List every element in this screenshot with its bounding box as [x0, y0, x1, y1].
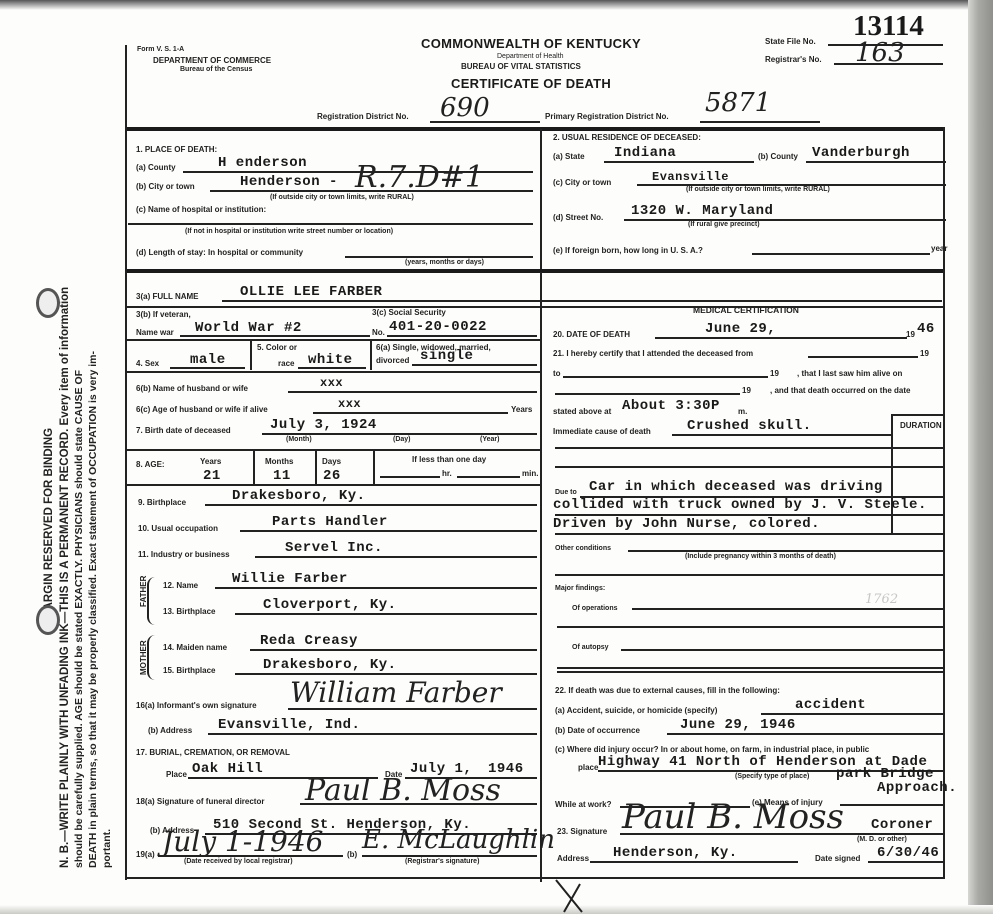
age-days-label: Days [322, 457, 341, 466]
occupation-value: Parts Handler [272, 514, 388, 530]
to-year: 19 [770, 369, 779, 378]
stay-line [345, 256, 533, 258]
registrar-no-value: 163 [855, 38, 905, 68]
stated-above-label: stated above at [553, 407, 611, 416]
operations-label: Of operations [572, 605, 618, 612]
scan-edge-right [968, 0, 993, 914]
spouse-value: xxx [320, 376, 343, 390]
sex-race-divider [250, 340, 252, 370]
other-conditions-line-2 [555, 574, 943, 576]
top-section-divider [540, 129, 542, 271]
rule-before-age [127, 449, 540, 451]
primary-district-value: 5871 [705, 88, 771, 118]
signer-address-value: Henderson, Ky. [613, 845, 738, 861]
spouse-line [288, 391, 537, 393]
spouse-age-value: xxx [338, 397, 361, 411]
spouse-label: 6(b) Name of husband or wife [136, 384, 248, 393]
reg-district-value: 690 [440, 93, 490, 123]
autopsy-line-2 [557, 667, 943, 669]
age-divider-3 [373, 450, 375, 485]
residence-city-note: (If outside city or town limits, write R… [686, 186, 830, 193]
to-label: to [553, 369, 561, 378]
margin-instruction-line-1: N. B.—WRITE PLAINLY WITH UNFADING INK—TH… [58, 287, 72, 868]
other-conditions-line [628, 550, 943, 552]
due-to-line-3-value: Driven by John Nurse, colored. [553, 516, 820, 532]
received-note: (Date received by local registrar) [184, 858, 293, 865]
cause-line-2 [555, 447, 943, 449]
full-name-line [222, 300, 942, 302]
funeral-director-label: 18(a) Signature of funeral director [136, 797, 264, 806]
age-months-label: Months [265, 457, 293, 466]
industry-line [255, 556, 537, 558]
immediate-cause-value: Crushed skull. [687, 418, 812, 434]
residence-state-value: Indiana [614, 145, 676, 161]
birth-date-value: July 3, 1924 [270, 417, 377, 433]
industry-value: Servel Inc. [285, 540, 383, 556]
father-name-line [215, 587, 537, 589]
duration-top-line [891, 414, 943, 416]
due-to-line-3 [555, 533, 943, 535]
dod-label: 20. DATE OF DEATH [553, 330, 630, 339]
rule-after-age [127, 484, 540, 486]
race-label-2: race [278, 359, 294, 368]
stay-note: (years, months or days) [405, 259, 484, 266]
street-label: (d) Street No. [553, 213, 603, 222]
mother-birthplace-label: 15. Birthplace [163, 666, 215, 675]
veteran-label: 3(b) If veteran, [136, 310, 191, 319]
war-label: Name war [136, 328, 174, 337]
date-signed-value: 6/30/46 [877, 845, 939, 861]
external-causes-heading: 22. If death was due to external causes,… [555, 686, 780, 695]
residence-city-value: Evansville [652, 170, 729, 184]
primary-district-line [700, 121, 820, 123]
ss-value: 401-20-0022 [389, 319, 487, 335]
means-of-injury-line [840, 804, 943, 806]
father-birthplace-label: 13. Birthplace [163, 607, 215, 616]
father-name-value: Willie Farber [232, 571, 348, 587]
death-city-note: (If outside city or town limits, write R… [270, 194, 414, 201]
last-saw-year: 19 [742, 386, 751, 395]
industry-label: 11. Industry or business [138, 550, 230, 559]
residence-county-line [806, 161, 946, 163]
form-bottom-border [127, 877, 945, 879]
ss-label: 3(c) Social Security [372, 308, 446, 317]
margin-instructions: MARGIN RESERVED FOR BINDING N. B.—WRITE … [38, 30, 113, 890]
burial-place-label: Place [166, 770, 187, 779]
certificate-title: CERTIFICATE OF DEATH [451, 76, 611, 91]
medical-rule [557, 671, 943, 673]
age-divider-2 [315, 450, 317, 485]
mother-birthplace-line [235, 673, 537, 675]
age-divider-1 [253, 450, 255, 485]
birthplace-line [205, 504, 537, 506]
signer-title-note: (M. D. or other) [857, 836, 907, 843]
signer-address-line [590, 861, 798, 863]
bureau-census: Bureau of the Census [180, 66, 252, 73]
informant-address-line [208, 733, 537, 735]
residence-county-label: (b) County [758, 152, 798, 161]
sex-value: male [190, 352, 226, 368]
last-saw-label: , that I last saw him alive on [797, 369, 902, 378]
dod-value: June 29, [705, 321, 776, 337]
full-name-label: 3(a) FULL NAME [136, 292, 199, 301]
hospital-note: (If not in hospital or institution write… [185, 228, 393, 235]
binding-hole-top [36, 288, 60, 318]
date-signed-line [868, 861, 943, 863]
handwritten-x-mark [552, 878, 592, 914]
less-than-day-label: If less than one day [412, 455, 486, 464]
occupation-line [240, 530, 537, 532]
dod-year: 46 [917, 321, 935, 337]
immediate-cause-line [672, 434, 892, 436]
death-county-label: (a) County [136, 163, 176, 172]
informant-address-value: Evansville, Ind. [218, 717, 360, 733]
margin-reserved-label: MARGIN RESERVED FOR BINDING [42, 428, 56, 620]
operations-line-2 [557, 626, 943, 628]
war-value: World War #2 [195, 320, 302, 336]
received-date-handwritten: July 1-1946 [162, 825, 323, 858]
age-years-label: Years [200, 457, 221, 466]
due-to-label: Due to [555, 489, 577, 496]
operations-line [632, 608, 943, 610]
foreign-born-line [752, 253, 930, 255]
street-line [624, 219, 946, 221]
full-name-value: OLLIE LEE FARBER [240, 284, 382, 300]
residence-city-label: (c) City or town [553, 178, 611, 187]
age-label: 8. AGE: [136, 460, 165, 469]
signer-title: Coroner [871, 817, 933, 833]
form-number: Form V. S. 1-A [137, 46, 184, 53]
ss-line [387, 335, 537, 337]
primary-district-label: Primary Registration District No. [545, 112, 669, 121]
birth-month-note: (Month) [286, 436, 312, 443]
main-column-divider [540, 272, 542, 882]
marital-line [412, 364, 537, 366]
death-county-value: H enderson [218, 155, 307, 171]
stated-above-value: About 3:30P [622, 398, 720, 414]
injury-place-note: (Specify type of place) [735, 773, 809, 780]
marital-value: single [420, 348, 473, 364]
spouse-age-label: 6(c) Age of husband or wife if alive [136, 405, 268, 414]
birth-day-note: (Day) [393, 436, 411, 443]
margin-instruction-line-3: DEATH in plain terms, so that it may be … [86, 351, 100, 868]
race-value: white [308, 352, 353, 368]
due-to-line-2-value: collided with truck owned by J. V. Steel… [553, 497, 927, 513]
certify-from-year: 19 [920, 349, 929, 358]
autopsy-label: Of autopsy [572, 644, 609, 651]
residence-state-label: (a) State [553, 152, 585, 161]
spouse-age-suffix: Years [511, 405, 532, 414]
cause-line-3 [555, 466, 943, 468]
registrar-no-label: Registrar's No. [765, 55, 822, 64]
funeral-director-signature: Paul B. Moss [305, 773, 501, 808]
birth-date-label: 7. Birth date of deceased [136, 426, 231, 435]
coroner-signature: Paul B. Moss [622, 797, 844, 837]
age-months-value: 11 [273, 468, 291, 484]
due-to-line-1-value: Car in which deceased was driving [589, 479, 883, 495]
informant-label: 16(a) Informant's own signature [136, 701, 257, 710]
operations-pencil-note: 1762 [865, 592, 898, 607]
injury-place-value-3: Approach. [877, 780, 957, 796]
street-value: 1320 W. Maryland [631, 203, 773, 219]
mother-name-line [250, 649, 537, 651]
residence-state-line [604, 161, 754, 163]
medical-heading: MEDICAL CERTIFICATION [693, 305, 799, 315]
other-conditions-note: (Include pregnancy within 3 months of de… [685, 553, 836, 560]
registrar-note: (Registrar's signature) [405, 858, 479, 865]
dod-year-prefix: 19 [906, 330, 915, 339]
rule-after-name [127, 306, 945, 308]
occurrence-label: (b) Date of occurrence [555, 726, 640, 735]
occurrence-line [667, 733, 943, 735]
occurrence-value: June 29, 1946 [680, 717, 796, 733]
header-rule [127, 127, 945, 131]
mother-name-label: 14. Maiden name [163, 643, 227, 652]
hospital-line [128, 223, 533, 225]
margin-instruction-line-4: portant. [100, 829, 114, 868]
min-label: min. [522, 469, 538, 478]
binding-hole-bottom [36, 605, 60, 635]
occupation-label: 10. Usual occupation [138, 524, 218, 533]
residence-county-value: Vanderburgh [812, 145, 910, 161]
manner-value: accident [795, 697, 866, 713]
ss-no-label: No. [372, 328, 385, 337]
death-city-handwritten: R.7.D#1 [355, 160, 484, 195]
burial-heading: 17. BURIAL, CREMATION, OR REMOVAL [136, 748, 290, 757]
father-brace [147, 577, 155, 625]
father-birthplace-value: Cloverport, Ky. [263, 597, 397, 613]
burial-place-value: Oak Hill [192, 761, 263, 777]
to-line [563, 376, 768, 378]
signature-label: 23. Signature [557, 827, 607, 836]
dept-health: Department of Health [497, 53, 564, 60]
date-signed-label: Date signed [815, 854, 860, 863]
scan-edge-top [0, 0, 993, 10]
reg-district-label: Registration District No. [317, 112, 409, 121]
registrar-label: (b) [347, 850, 357, 859]
hospital-label: (c) Name of hospital or institution: [136, 205, 266, 214]
margin-instruction-line-2: should be carefully supplied. AGE should… [72, 370, 86, 868]
mother-brace [147, 635, 155, 680]
dept-commerce: DEPARTMENT OF COMMERCE [153, 56, 271, 65]
manner-label: (a) Accident, suicide, or homicide (spec… [555, 706, 717, 715]
immediate-cause-label: Immediate cause of death [553, 427, 651, 436]
informant-signature: William Farber [290, 676, 502, 709]
death-city-label: (b) City or town [136, 182, 195, 191]
stay-label: (d) Length of stay: In hospital or commu… [136, 248, 303, 257]
place-of-death-heading: 1. PLACE OF DEATH: [136, 145, 217, 154]
birth-year-note: (Year) [480, 436, 499, 443]
registrar-line [362, 855, 537, 857]
dod-line [655, 337, 907, 339]
race-marital-divider [370, 340, 372, 370]
informant-address-label: (b) Address [148, 726, 192, 735]
age-days-value: 26 [323, 468, 341, 484]
state-file-label: State File No. [765, 37, 816, 46]
autopsy-line [621, 649, 943, 651]
rule-after-war [127, 339, 540, 341]
section-rule [127, 269, 945, 273]
death-city-value: Henderson - [240, 174, 338, 190]
signer-address-label: Address [557, 854, 589, 863]
age-years-value: 21 [203, 468, 221, 484]
where-label: (c) Where did injury occur? In or about … [555, 745, 869, 754]
rule-after-sex [127, 371, 540, 373]
major-findings-label: Major findings: [555, 585, 605, 592]
duration-column-divider [891, 414, 893, 534]
spouse-age-line [313, 412, 508, 414]
state-title: COMMONWEALTH OF KENTUCKY [421, 36, 641, 51]
occurred-label: , and that death occurred on the date [770, 386, 910, 395]
marital-label-2: divorced [376, 356, 409, 365]
residence-heading: 2. USUAL RESIDENCE OF DECEASED: [553, 133, 701, 142]
birth-date-line [262, 433, 537, 435]
registrar-signature: E. McLaughlin [362, 825, 555, 855]
street-note: (If rural give precinct) [688, 221, 760, 228]
hr-label: hr. [442, 469, 452, 478]
scan-edge-bottom [0, 905, 993, 914]
while-at-work-label: While at work? [555, 800, 611, 809]
sex-label: 4. Sex [136, 359, 159, 368]
received-label: 19(a) [136, 850, 155, 859]
certify-from-line [808, 356, 918, 358]
stated-above-suffix: m. [738, 407, 747, 416]
form-left-border [125, 45, 127, 880]
form-right-border [943, 127, 945, 879]
birthplace-value: Drakesboro, Ky. [232, 488, 366, 504]
other-conditions-label: Other conditions [555, 545, 611, 552]
race-label-1: 5. Color or [257, 343, 297, 352]
injury-place-label: place [578, 763, 598, 772]
manner-line [761, 713, 943, 715]
mother-birthplace-value: Drakesboro, Ky. [263, 657, 397, 673]
mother-name-value: Reda Creasy [260, 633, 358, 649]
duration-label: DURATION [900, 421, 942, 430]
bureau-vital-stats: BUREAU OF VITAL STATISTICS [461, 62, 581, 71]
hr-line [380, 476, 440, 478]
birthplace-label: 9. Birthplace [138, 498, 186, 507]
father-name-label: 12. Name [163, 581, 198, 590]
min-line [457, 476, 520, 478]
certify-label: 21. I hereby certify that I attended the… [553, 349, 753, 358]
foreign-born-label: (e) If foreign born, how long in U. S. A… [553, 246, 703, 255]
father-birthplace-line [235, 613, 537, 615]
last-saw-line [555, 393, 740, 395]
